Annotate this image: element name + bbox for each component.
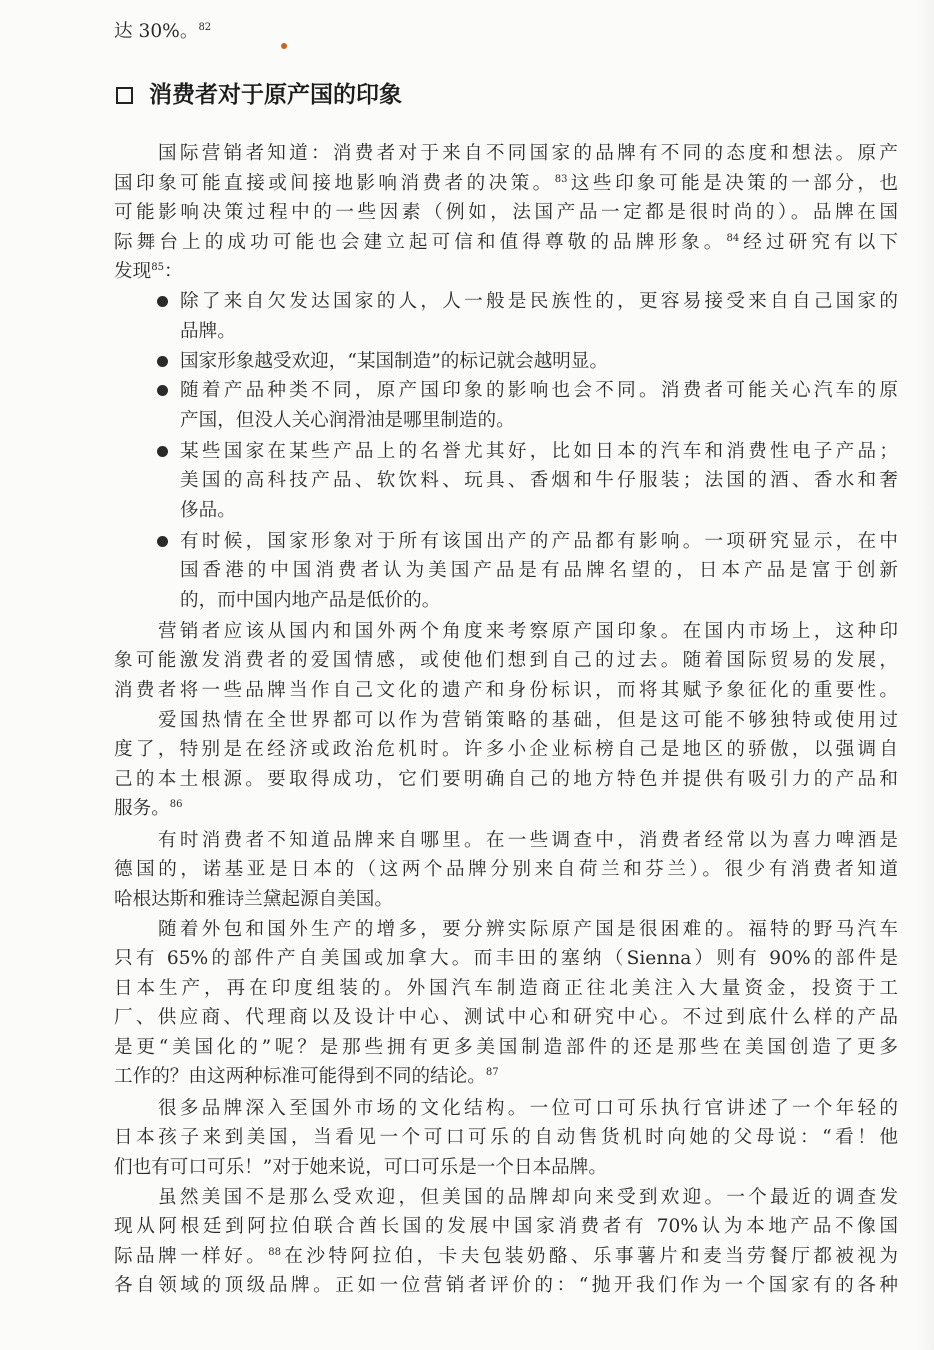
bullet-line: 国家形象越受欢迎，“某国制造”的标记就会越明显。: [180, 347, 898, 377]
paragraph-line: 是更“美国化的”呢？是那些拥有更多美国制造部件的还是那些在美国创造了更多: [114, 1033, 898, 1063]
text: 际舞台上的成功可能也会建立起可信和值得尊敬的品牌形象。: [114, 232, 726, 253]
text: 发现: [114, 261, 151, 282]
paragraph-line: 德国的，诺基亚是日本的（这两个品牌分别来自荷兰和芬兰）。很少有消费者知道: [114, 855, 898, 885]
text: 在沙特阿拉伯，卡夫包装奶酪、乐事薯片和麦当劳餐厅都被视为: [281, 1246, 898, 1267]
paragraph-line: 己的本土根源。要取得成功，它们要明确自己的地方特色并提供有吸引力的产品和: [114, 765, 898, 795]
paragraph-line: 可能影响决策过程中的一些因素（例如，法国产品一定都是很时尚的）。品牌在国: [114, 198, 898, 228]
bullet-line: 国香港的中国消费者认为美国产品是有品牌名望的，日本产品是富于创新: [180, 556, 898, 586]
paragraph-line: 随着外包和国外生产的增多，要分辨实际原产国是很困难的。福特的野马汽车: [158, 915, 898, 945]
paragraph-line: 国际营销者知道：消费者对于来自不同国家的品牌有不同的态度和想法。原产: [158, 139, 898, 169]
bullet-icon: [157, 296, 168, 307]
book-page: 达 30%。82 消费者对于原产国的印象 国际营销者知道：消费者对于来自不同国家…: [0, 0, 934, 1350]
footnote-ref: 83: [555, 174, 568, 185]
paragraph-line: 各自领域的顶级品牌。正如一位营销者评价的：“抛开我们作为一个国家有的各种: [114, 1271, 898, 1301]
bullet-line: 的，而中国内地产品是低价的。: [180, 586, 898, 616]
footnote-ref: 84: [726, 233, 739, 244]
paragraph-line: 日本生产，再在印度组装的。外国汽车制造商正往北美注入大量资金，投资于工: [114, 974, 898, 1004]
bullet-icon: [157, 446, 168, 457]
bullet-line: 随着产品种类不同，原产国印象的影响也会不同。消费者可能关心汽车的原: [180, 376, 898, 406]
bullet-line: 美国的高科技产品、软饮料、玩具、香烟和牛仔服装；法国的酒、香水和奢: [180, 466, 898, 496]
text: 服务。: [114, 798, 170, 819]
paragraph-line: 很多品牌深入至国外市场的文化结构。一位可口可乐执行官讲述了一个年轻的: [158, 1094, 898, 1124]
footnote-ref: 82: [198, 22, 211, 33]
text: ：: [164, 261, 183, 282]
paragraph-line: 服务。86: [114, 794, 898, 824]
bullet-line: 产国，但没人关心润滑油是哪里制造的。: [180, 406, 898, 436]
paragraph-line: 度了，特别是在经济或政治危机时。许多小企业标榜自己是地区的骄傲，以强调自: [114, 735, 898, 765]
paragraph-line: 有时消费者不知道品牌来自哪里。在一些调查中，消费者经常以为喜力啤酒是: [158, 826, 898, 856]
bullet-line: 品牌。: [180, 317, 898, 347]
previous-paragraph-end: 达 30%。82: [114, 17, 898, 47]
text: 国印象可能直接或间接地影响消费者的决策。: [114, 173, 555, 194]
page-edge-shadow: [914, 0, 934, 1350]
text: 经过研究有以下: [739, 232, 898, 253]
text: 际品牌一样好。: [114, 1246, 268, 1267]
bullet-line: 侈品。: [180, 496, 898, 526]
section-heading: 消费者对于原产国的印象: [116, 78, 402, 112]
text: 这些印象可能是决策的一部分，也: [567, 173, 898, 194]
paragraph-line: 哈根达斯和雅诗兰黛起源自美国。: [114, 885, 898, 915]
paragraph-line: 只有 65%的部件产自美国或加拿大。而丰田的塞纳（Sienna）则有 90%的部…: [114, 944, 898, 974]
paragraph-line: 国印象可能直接或间接地影响消费者的决策。83这些印象可能是决策的一部分，也: [114, 169, 898, 199]
paragraph-line: 爱国热情在全世界都可以作为营销策略的基础，但是这可能不够独特或使用过: [158, 706, 898, 736]
section-title: 消费者对于原产国的印象: [149, 78, 402, 112]
paragraph-line: 日本孩子来到美国，当看见一个可口可乐的自动售货机时向她的父母说：“看！他: [114, 1123, 898, 1153]
paragraph-line: 际舞台上的成功可能也会建立起可信和值得尊敬的品牌形象。84经过研究有以下: [114, 228, 898, 258]
paragraph-line: 们也有可口可乐！”对于她来说，可口可乐是一个日本品牌。: [114, 1153, 898, 1183]
bullet-line: 除了来自欠发达国家的人，人一般是民族性的，更容易接受来自自己国家的: [180, 287, 898, 317]
paragraph-line: 象可能激发消费者的爱国情感，或使他们想到自己的过去。随着国际贸易的发展，: [114, 646, 898, 676]
bullet-line: 有时候，国家形象对于所有该国出产的产品都有影响。一项研究显示，在中: [180, 527, 898, 557]
text: 工作的？由这两种标准可能得到不同的结论。: [114, 1066, 486, 1087]
paragraph-line: 营销者应该从国内和国外两个角度来考察原产国印象。在国内市场上，这种印: [158, 617, 898, 647]
checkbox-square-icon: [116, 87, 133, 104]
paragraph-line: 虽然美国不是那么受欢迎，但美国的品牌却向来受到欢迎。一个最近的调查发: [158, 1183, 898, 1213]
text: 达 30%。: [114, 21, 198, 42]
footnote-ref: 88: [268, 1247, 281, 1258]
paragraph-line: 工作的？由这两种标准可能得到不同的结论。87: [114, 1062, 898, 1092]
paragraph-line: 消费者将一些品牌当作自己文化的遗产和身份标识，而将其赋予象征化的重要性。: [114, 676, 898, 706]
paragraph-line: 现从阿根廷到阿拉伯联合酋长国的发展中国家消费者有 70%认为本地产品不像国: [114, 1212, 898, 1242]
bullet-line: 某些国家在某些产品上的名誉尤其好，比如日本的汽车和消费性电子产品；: [180, 437, 898, 467]
bullet-icon: [157, 356, 168, 367]
footnote-ref: 87: [486, 1067, 499, 1078]
paragraph-line: 发现85：: [114, 257, 898, 287]
footnote-ref: 85: [151, 262, 164, 273]
paragraph-line: 厂、供应商、代理商以及设计中心、测试中心和研究中心。不过到底什么样的产品: [114, 1003, 898, 1033]
paragraph-line: 际品牌一样好。88在沙特阿拉伯，卡夫包装奶酪、乐事薯片和麦当劳餐厅都被视为: [114, 1242, 898, 1272]
bullet-icon: [157, 536, 168, 547]
footnote-ref: 86: [170, 799, 183, 810]
bullet-icon: [157, 385, 168, 396]
